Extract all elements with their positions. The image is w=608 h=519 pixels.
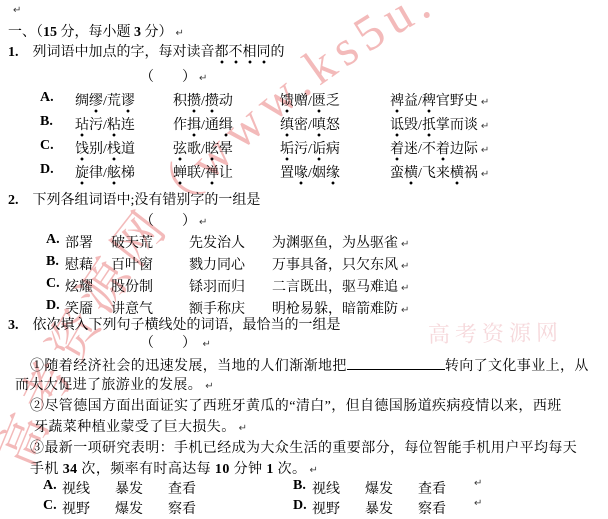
word-item: 视野 xyxy=(312,498,340,518)
q3-answer-row: C.视野爆发察看D.视野暴发察看↵ xyxy=(43,498,543,518)
word-item: 额手称庆 xyxy=(189,298,272,318)
q3-sentence-line: 牙蔬菜种植业蒙受了巨大损失。↵ xyxy=(34,419,589,440)
emphasis-dotted-chars: 缉 xyxy=(219,118,233,137)
word-pair: 诋毁/扺掌而谈↵ xyxy=(390,114,489,134)
watermark-faint-text: 高考资源网 xyxy=(428,316,564,349)
word-item: 视线 xyxy=(62,478,90,498)
emphasis-dotted-chars: 攒 xyxy=(205,94,219,113)
word-item: 股份制 xyxy=(111,276,189,296)
pilcrow-icon: ↵ xyxy=(481,145,489,156)
question1-answer-bracket: （ ）↵ xyxy=(140,70,207,87)
pilcrow-icon: ↵ xyxy=(13,5,21,16)
q3-answer-option: B.视线爆发查看↵ xyxy=(293,478,543,498)
emphasis-dotted-chars: 缪 xyxy=(89,94,103,113)
emphasis-dotted-chars: 稗 xyxy=(422,94,436,113)
pilcrow-icon: ↵ xyxy=(401,305,409,316)
word-pair: 作揖/通缉 xyxy=(173,114,280,134)
emphasis-dotted-chars: 匮 xyxy=(312,94,326,113)
emphasis-dotted-chars: 谬 xyxy=(121,94,135,113)
word-pair: 缜密/嗔怒 xyxy=(280,114,390,134)
question1-options: A.绸缪/荒谬积攒/攒动馈赠/匮乏裨益/稗官野史↵B.玷污/粘连作揖/通缉缜密/… xyxy=(40,90,489,186)
option-letter: B. xyxy=(40,114,75,130)
word-pair: 积攒/攒动 xyxy=(173,90,280,110)
word-pair: 旋律/舷梯 xyxy=(75,162,173,182)
q2-option-row: A.部署破天荒先发治人为渊驱鱼，为丛驱雀↵ xyxy=(46,232,409,254)
pilcrow-icon: ↵ xyxy=(205,381,214,392)
option-letter: C. xyxy=(40,138,75,154)
pilcrow-icon: ↵ xyxy=(199,73,207,84)
emphasis-dotted-chars: 着 xyxy=(390,142,404,161)
question3-stem: 3. 依次填入下列句子横线处的词语，最恰当的一组是 xyxy=(8,318,341,334)
word-item: 百叶窗 xyxy=(111,254,189,274)
question2-options: A.部署破天荒先发治人为渊驱鱼，为丛驱雀↵B.慰藉百叶窗戮力同心万事具备，只欠东… xyxy=(46,232,409,320)
emphasis-dotted-chars: 舷 xyxy=(107,166,121,185)
bold-text: 1 xyxy=(266,462,273,477)
emphasis-dotted-chars: 饯 xyxy=(75,142,89,161)
word-item: 万事具备，只欠东风↵ xyxy=(272,254,409,274)
word-item: 视野 xyxy=(62,498,90,518)
option-letter: A. xyxy=(40,90,75,106)
pilcrow-icon: ↵ xyxy=(401,283,409,294)
option-letter: B. xyxy=(293,478,312,498)
word-item: 铩羽而归 xyxy=(189,276,272,296)
emphasis-dotted-chars: 嗔 xyxy=(312,118,326,137)
word-pair: 着迷/不着边际↵ xyxy=(390,138,489,158)
word-item: 爆发 xyxy=(365,478,393,498)
emphasis-dotted-chars: 蝉 xyxy=(173,166,187,185)
emphasis-dotted-chars: 裨 xyxy=(390,94,404,113)
emphasis-dotted-chars: 着 xyxy=(436,142,450,161)
emphasis-dotted-chars: 诋 xyxy=(390,118,404,137)
word-item: 查看 xyxy=(168,478,196,498)
emphasis-dotted-chars: 横 xyxy=(450,166,464,185)
bold-text: 15 xyxy=(43,25,57,40)
word-item: 二言既出，驱马难追↵ xyxy=(272,276,409,296)
question2-stem: 2. 下列各组词语中;没有错别字的一组是 xyxy=(8,193,260,209)
top-paragraph-mark: ↵ xyxy=(10,2,21,19)
option-letter: B. xyxy=(46,254,65,270)
pilcrow-icon: ↵ xyxy=(239,423,248,434)
emphasis-dotted-chars: 垢 xyxy=(280,142,294,161)
option-letter: D. xyxy=(293,498,312,518)
word-item: 暴发 xyxy=(365,498,393,518)
emphasis-dotted-chars: 眩 xyxy=(205,142,219,161)
fill-blank-underline xyxy=(347,356,445,370)
word-item: 视线 xyxy=(312,478,340,498)
word-pair: 蝉联/禅让 xyxy=(173,162,280,182)
emphasis-dotted-chars: 横 xyxy=(404,166,418,185)
word-pair: 垢污/诟病 xyxy=(280,138,390,158)
bold-text: 1. xyxy=(8,45,19,60)
emphasis-dotted-chars: 弦 xyxy=(173,142,187,161)
word-pair: 饯别/栈道 xyxy=(75,138,173,158)
word-item: 为渊驱鱼，为丛驱雀↵ xyxy=(272,232,409,252)
word-pair: 绸缪/荒谬 xyxy=(75,90,173,110)
option-letter: D. xyxy=(46,298,65,314)
q3-answer-option: D.视野暴发察看↵ xyxy=(293,498,543,518)
q1-option-row: A.绸缪/荒谬积攒/攒动馈赠/匮乏裨益/稗官野史↵ xyxy=(40,90,489,114)
q2-option-row: B.慰藉百叶窗戮力同心万事具备，只欠东风↵ xyxy=(46,254,409,276)
pilcrow-icon: ↵ xyxy=(481,169,489,180)
q1-option-row: C.饯别/栈道弦歌/眩晕垢污/诟病着迷/不着边际↵ xyxy=(40,138,489,162)
q3-answer-row: A.视线暴发查看B.视线爆发查看↵ xyxy=(43,478,543,498)
q2-option-row: C.炫耀股份制铩羽而归二言既出，驱马难追↵ xyxy=(46,276,409,298)
bold-text: 2. xyxy=(8,193,19,208)
option-letter: C. xyxy=(46,276,65,292)
question2-answer-bracket: （ ）↵ xyxy=(140,214,207,231)
emphasis-dotted-chars: 喙 xyxy=(294,166,308,185)
word-item: 炫耀 xyxy=(65,276,111,296)
word-pair: 置喙/姻缘 xyxy=(280,162,390,182)
word-item: 讲意气 xyxy=(111,298,189,318)
emphasis-dotted-chars: 栈 xyxy=(107,142,121,161)
q3-answer-option: C.视野爆发察看 xyxy=(43,498,293,518)
q1-option-row: B.玷污/粘连作揖/通缉缜密/嗔怒诋毁/扺掌而谈↵ xyxy=(40,114,489,138)
q3-sentence-line: ②尽管德国方面出面证实了西班牙黄瓜的“清白”，但自德国肠道疾病疫情以来，西班 xyxy=(30,398,589,419)
emphasis-dotted-chars: 粘 xyxy=(107,118,121,137)
q3-sentence-line: ③最新一项研究表明：手机已经成为大众生活的重要部分，每位智能手机用户平均每天 xyxy=(30,440,589,461)
word-item: 部署 xyxy=(65,232,111,252)
word-item: 察看 xyxy=(168,498,196,518)
q3-sentence-line: 而大大促进了旅游业的发展。↵ xyxy=(15,377,589,398)
word-item: 察看 xyxy=(418,498,446,518)
pilcrow-icon: ↵ xyxy=(481,97,489,108)
emphasis-dotted-chars: 缜 xyxy=(280,118,294,137)
option-letter: A. xyxy=(43,478,62,498)
word-item: 戮力同心 xyxy=(189,254,272,274)
option-letter: D. xyxy=(40,162,75,178)
word-pair: 裨益/稗官野史↵ xyxy=(390,90,489,110)
word-item: 明枪易躲，暗箭难防↵ xyxy=(272,298,409,318)
emphasis-dotted-chars: 禅 xyxy=(205,166,219,185)
pilcrow-icon: ↵ xyxy=(309,465,318,476)
question1-stem: 1. 列词语中加点的字，每对读音都不相同的 xyxy=(8,45,285,61)
emphasis-dotted-chars: 旋 xyxy=(75,166,89,185)
word-pair: 馈赠/匮乏 xyxy=(280,90,390,110)
word-pair: 蛮横/飞来横祸↵ xyxy=(390,162,489,182)
word-item: 笑靥 xyxy=(65,298,111,318)
question3-answer-options: A.视线暴发查看B.视线爆发查看↵C.视野爆发察看D.视野暴发察看↵ xyxy=(43,478,543,518)
word-item: 破天荒 xyxy=(111,232,189,252)
bold-text: 3 xyxy=(134,25,141,40)
q3-sentence-line: ①随着经济社会的迅速发展，当地的人们渐渐地把转向了文化事业上，从 xyxy=(30,356,589,377)
pilcrow-icon: ↵ xyxy=(401,239,409,250)
word-item: 爆发 xyxy=(115,498,143,518)
pilcrow-icon: ↵ xyxy=(401,261,409,272)
emphasis-dotted-chars: 攒 xyxy=(187,94,201,113)
option-letter: C. xyxy=(43,498,62,518)
emphasis-dotted-chars: 玷 xyxy=(75,118,89,137)
question3-sentences: ①随着经济社会的迅速发展，当地的人们渐渐地把转向了文化事业上，从而大大促进了旅游… xyxy=(30,356,589,482)
emphasis-dotted-chars: 诟 xyxy=(312,142,326,161)
q3-answer-option: A.视线暴发查看 xyxy=(43,478,293,498)
word-pair: 弦歌/眩晕 xyxy=(173,138,280,158)
word-item: 慰藉 xyxy=(65,254,111,274)
pilcrow-icon: ↵ xyxy=(474,478,482,498)
pilcrow-icon: ↵ xyxy=(203,339,211,350)
pilcrow-icon: ↵ xyxy=(481,121,489,132)
q2-option-row: D.笑靥讲意气额手称庆明枪易躲，暗箭难防↵ xyxy=(46,298,409,320)
q1-option-row: D.旋律/舷梯蝉联/禅让置喙/姻缘蛮横/飞来横祸↵ xyxy=(40,162,489,186)
emphasis-dotted-chars: 缘 xyxy=(326,166,340,185)
section-header: 一、（15 分，每小题 3 分）↵ xyxy=(8,25,184,42)
emphasis-dotted-chars: 揖 xyxy=(187,118,201,137)
option-letter: A. xyxy=(46,232,65,248)
bold-text: 34 xyxy=(63,462,78,477)
word-item: 暴发 xyxy=(115,478,143,498)
pilcrow-icon: ↵ xyxy=(199,217,207,228)
pilcrow-icon: ↵ xyxy=(176,28,184,39)
question3-answer-bracket: （ ） ↵ xyxy=(140,336,211,353)
word-item: 查看 xyxy=(418,478,446,498)
exam-document-page: 高考资源网（www.ks5u. 高考资源网 ↵ 一、（15 分，每小题 3 分）… xyxy=(0,0,608,519)
emphasis-dotted-chars: 扺 xyxy=(422,118,436,137)
emphasis-dotted-chars: 馈 xyxy=(280,94,294,113)
word-item: 先发治人 xyxy=(189,232,272,252)
emphasis-dotted-chars: 都不相同 xyxy=(215,45,271,64)
bold-text: 3. xyxy=(8,318,19,333)
pilcrow-icon: ↵ xyxy=(474,498,482,518)
word-pair: 玷污/粘连 xyxy=(75,114,173,134)
bold-text: 10 xyxy=(215,462,230,477)
